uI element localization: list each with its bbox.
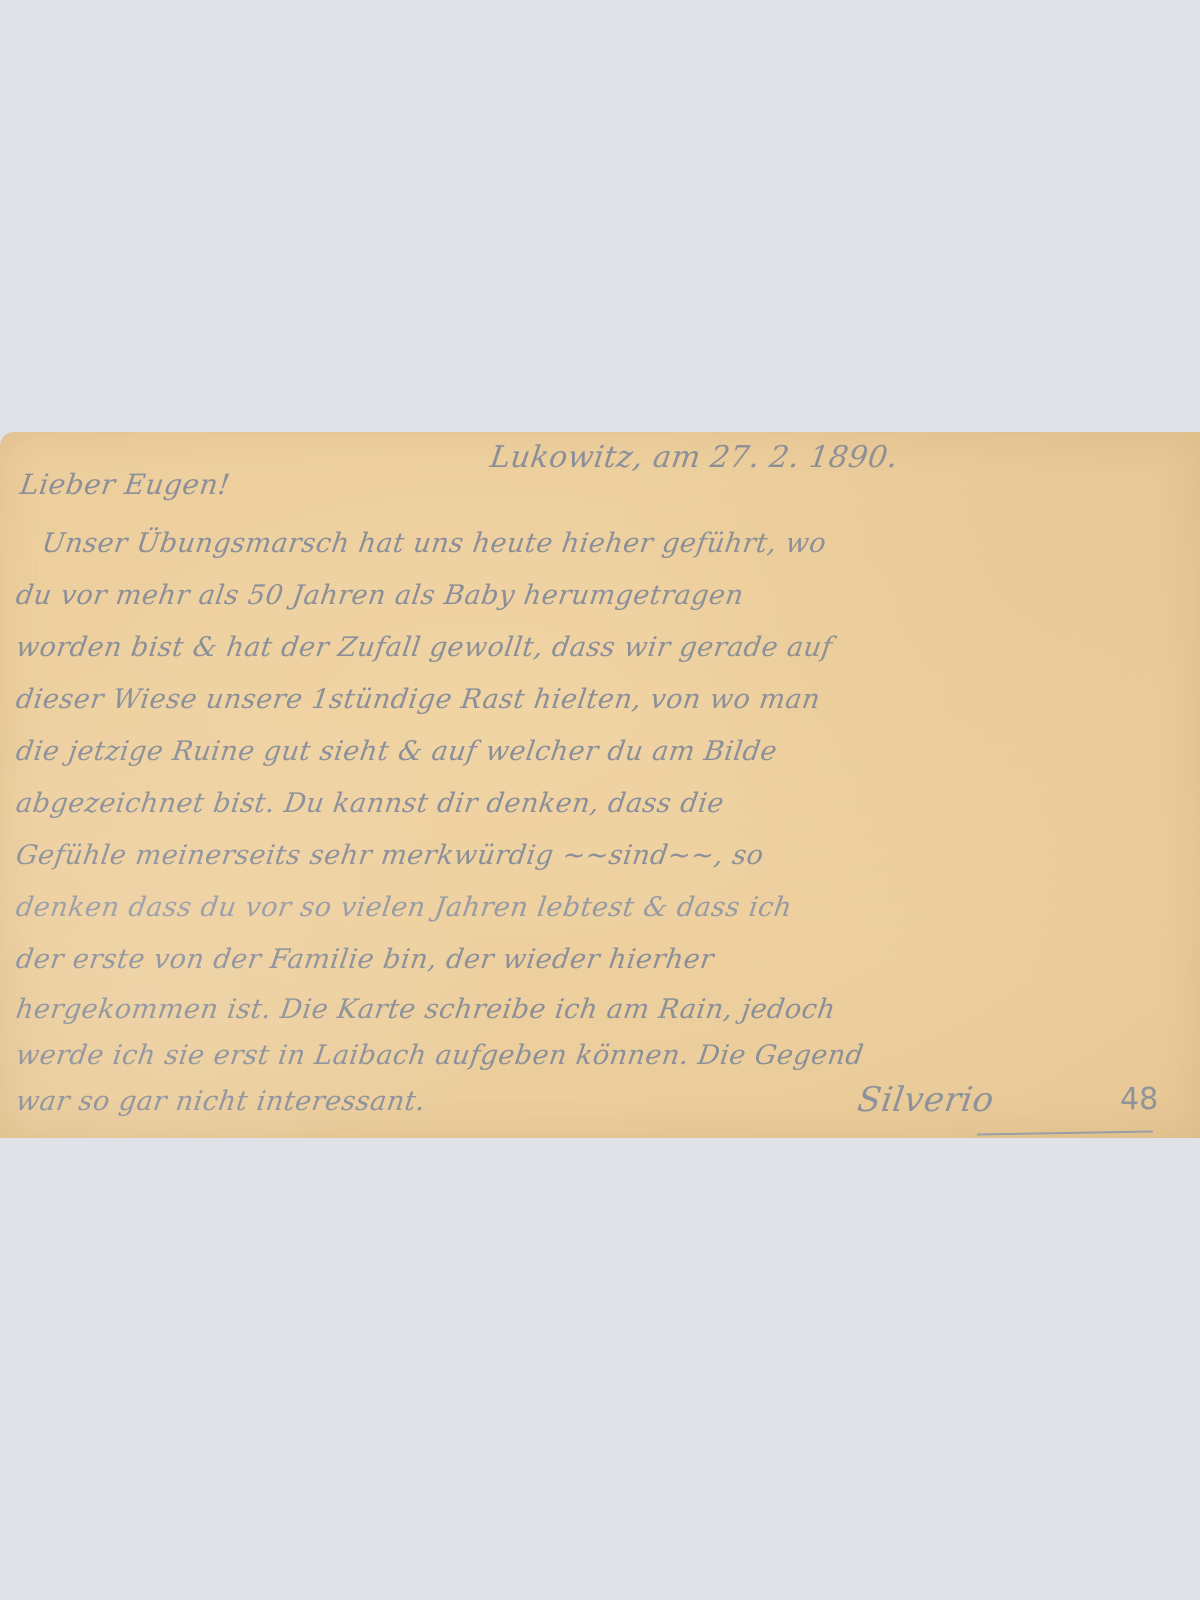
body-line-3: worden bist & hat der Zufall gewollt, da…: [14, 632, 834, 663]
salutation: Lieber Eugen!: [18, 468, 232, 501]
page-number: 48: [1120, 1082, 1158, 1117]
body-line-5: die jetzige Ruine gut sieht & auf welche…: [14, 736, 779, 767]
signature-underline: [977, 1130, 1153, 1135]
body-line-10: hergekommen ist. Die Karte schreibe ich …: [14, 994, 837, 1025]
body-line-8: denken dass du vor so vielen Jahren lebt…: [14, 892, 794, 923]
body-line-9: der erste von der Familie bin, der wiede…: [14, 944, 716, 975]
body-line-1: Unser Übungsmarsch hat uns heute hieher …: [40, 528, 828, 559]
body-line-11: werde ich sie erst in Laibach aufgeben k…: [14, 1040, 866, 1071]
signature: Silverio: [855, 1080, 997, 1120]
postcard: Lukowitz, am 27. 2. 1890. Lieber Eugen! …: [0, 432, 1200, 1138]
body-line-7: Gefühle meinerseits sehr merkwürdig ~~si…: [14, 840, 766, 871]
body-line-2: du vor mehr als 50 Jahren als Baby herum…: [14, 580, 746, 611]
body-line-6: abgezeichnet bist. Du kannst dir denken,…: [14, 788, 726, 819]
body-line-12: war so gar nicht interessant.: [14, 1086, 427, 1117]
place-date: Lukowitz, am 27. 2. 1890.: [488, 440, 900, 475]
body-line-4: dieser Wiese unsere 1stündige Rast hielt…: [14, 684, 822, 715]
